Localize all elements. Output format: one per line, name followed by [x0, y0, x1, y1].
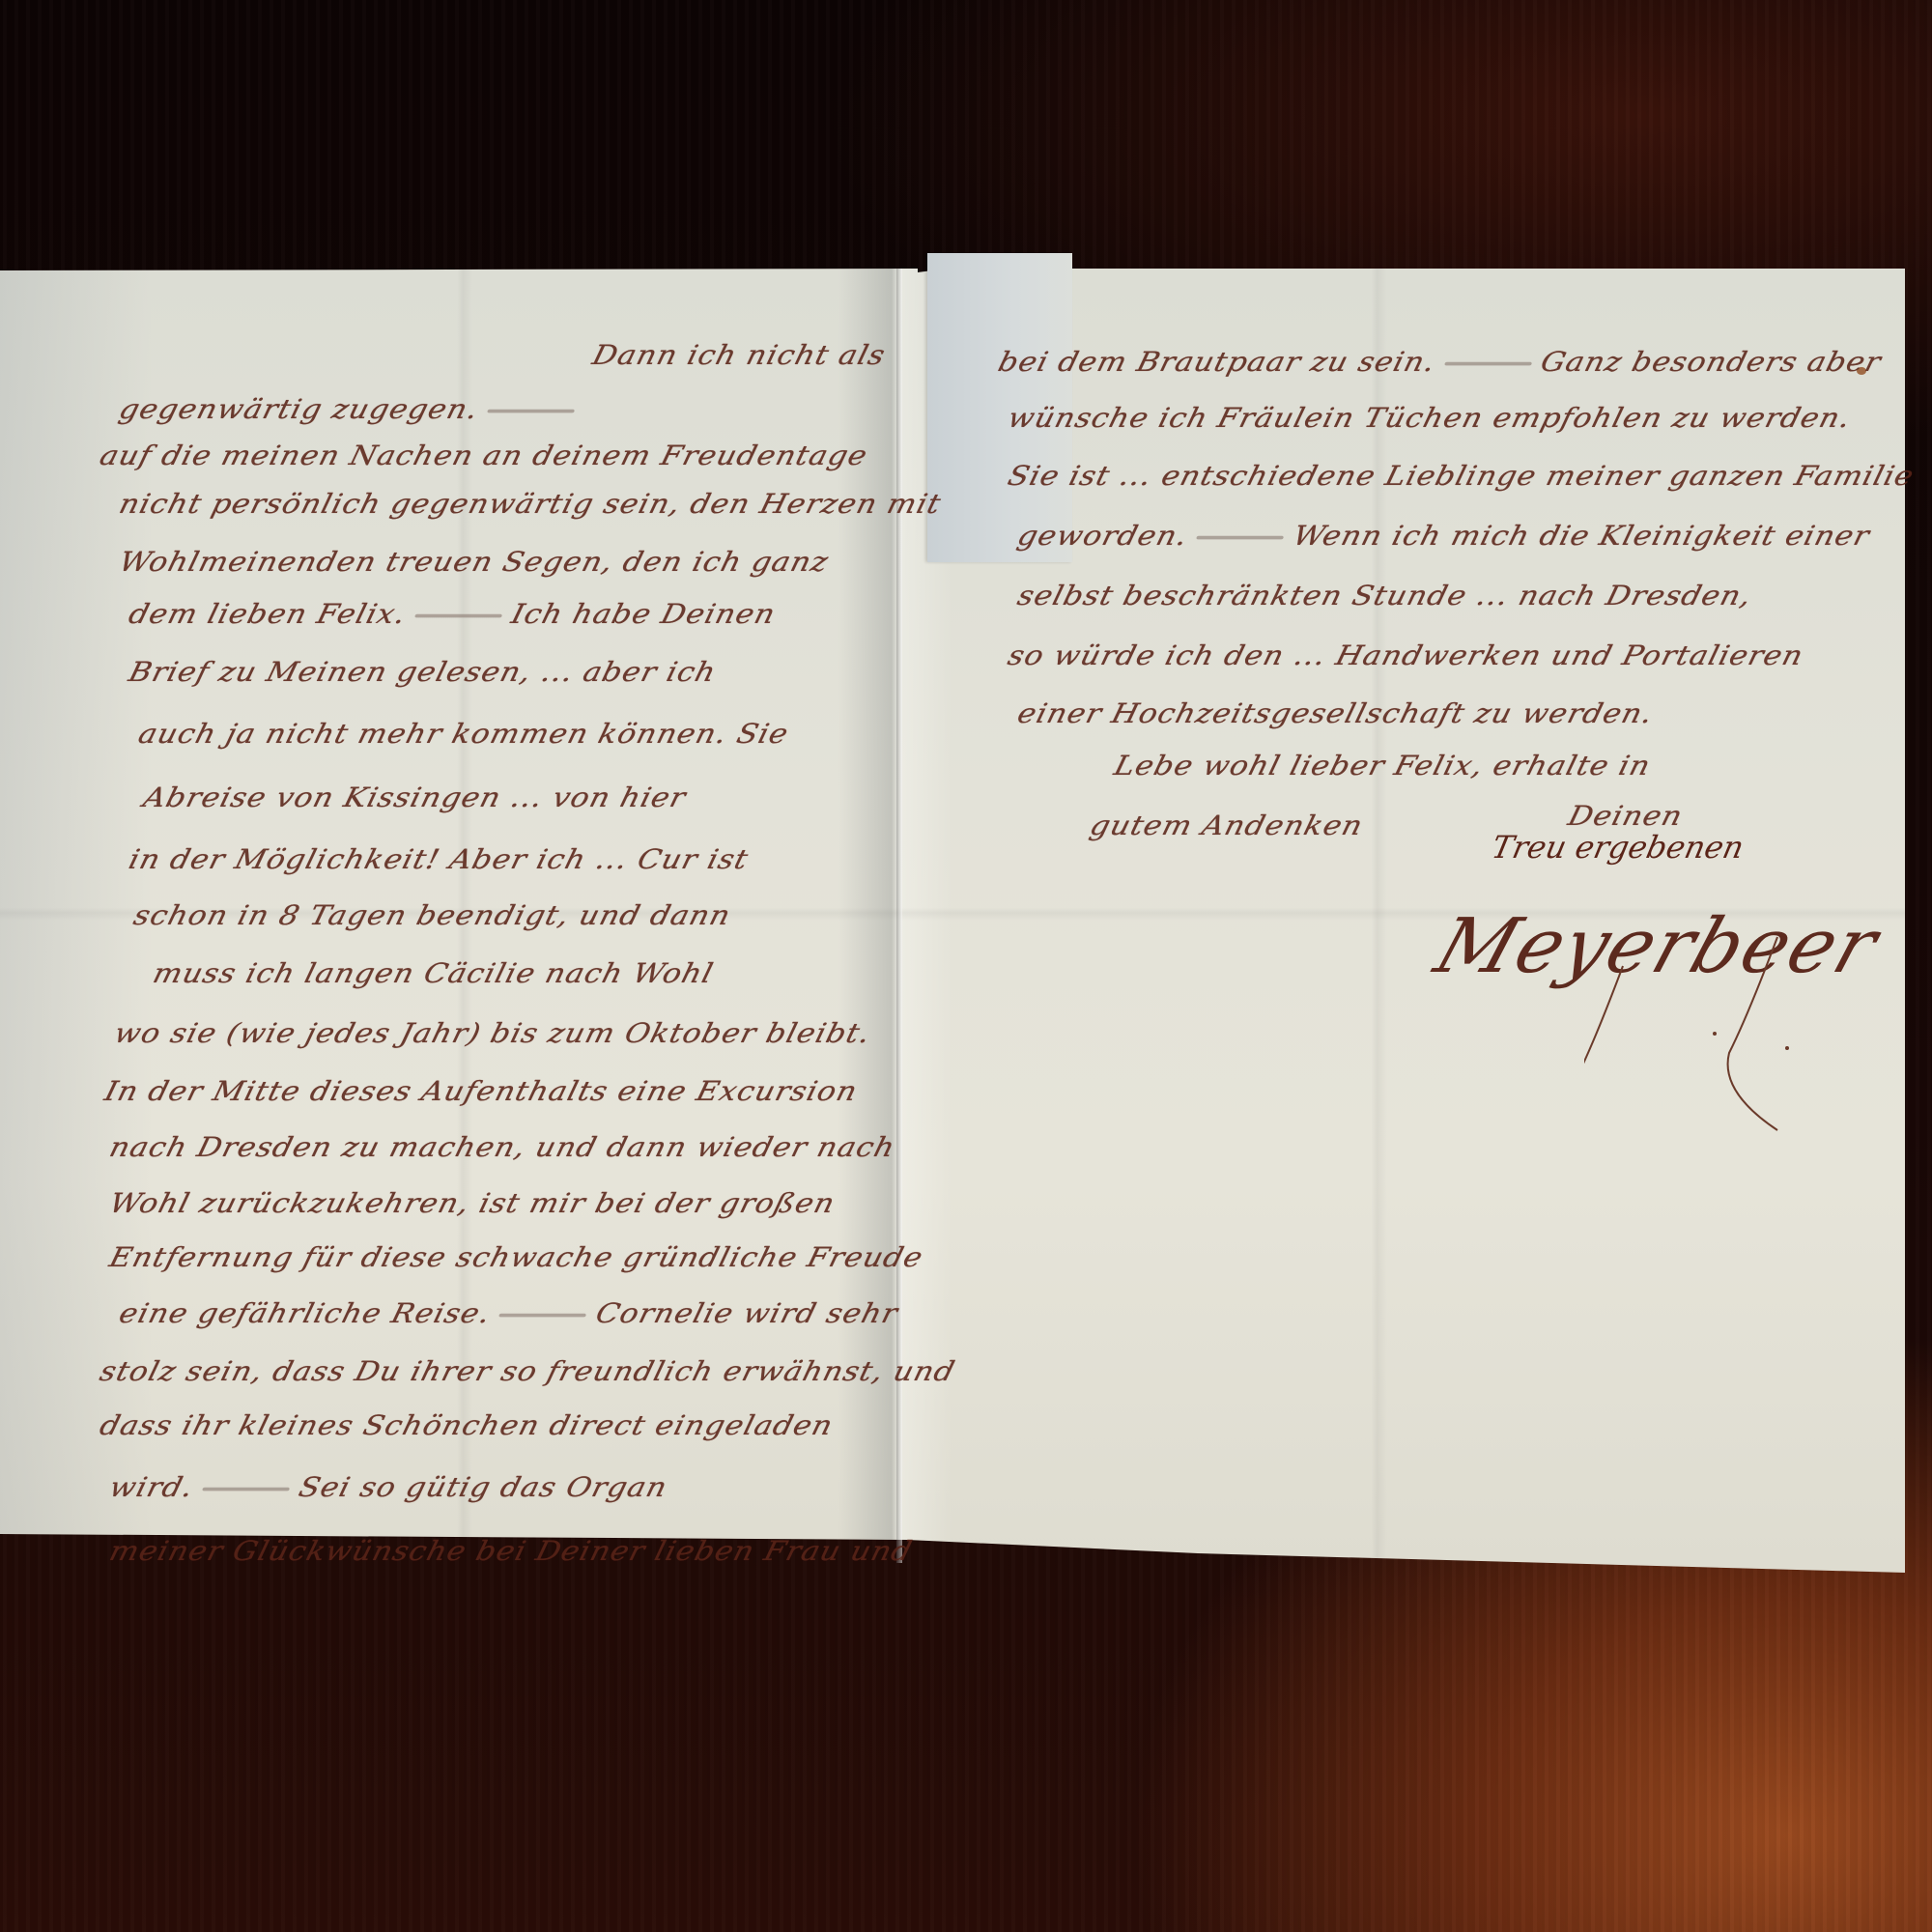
letter-line: meiner Glückwünsche bei Deiner lieben Fr… [106, 1536, 916, 1567]
letter-line: Sie ist ... entschiedene Lieblinge meine… [1005, 461, 1918, 492]
letter-line: Dann ich nicht als [589, 340, 889, 371]
letter-line: wo sie (wie jedes Jahr) bis zum Oktober … [111, 1018, 874, 1049]
letter-line: wünsche ich Fräulein Tüchen empfohlen zu… [1005, 403, 1855, 434]
letter-line: nach Dresden zu machen, und dann wieder … [106, 1132, 898, 1163]
letter-line: einer Hochzeitsgesellschaft zu werden. [1014, 698, 1657, 729]
letter-line: Abreise von Kissingen ... von hier [140, 782, 690, 813]
letter-line: dass ihr kleines Schönchen direct eingel… [97, 1410, 837, 1441]
letter-line: dem lieben Felix.Ich habe Deinen [126, 599, 779, 630]
dash-stroke [499, 1313, 587, 1317]
letter-line: gutem Andenken [1087, 810, 1367, 841]
dash-stroke [202, 1487, 290, 1491]
letter-line: Entfernung für diese schwache gründliche… [106, 1242, 926, 1273]
letter-line: gegenwärtig zugegen. [116, 394, 588, 425]
letter-line: so würde ich den ... Handwerken und Port… [1005, 640, 1806, 671]
letter-line: Wohlmeinenden treuen Segen, den ich ganz [116, 547, 832, 578]
letter-line: muss ich langen Cäcilie nach Wohl [150, 958, 717, 989]
letter-line: geworden.Wenn ich mich die Kleinigkeit e… [1014, 521, 1873, 552]
letter-line: bei dem Brautpaar zu sein.Ganz besonders… [995, 347, 1885, 378]
letter-line: wird.Sei so gütig das Organ [106, 1472, 670, 1503]
letter-line: Deinen [1565, 801, 1686, 832]
letter-line: selbst beschränkten Stunde ... nach Dres… [1014, 581, 1755, 611]
letter-line: stolz sein, dass Du ihrer so freundlich … [97, 1356, 958, 1387]
letter-line: In der Mitte dieses Aufenthalts eine Exc… [101, 1076, 861, 1107]
closing-phrase: Treu ergebenen [1489, 829, 1747, 866]
letter-line: Wohl zurückzukehren, ist mir bei der gro… [106, 1188, 838, 1219]
dash-stroke [487, 409, 575, 412]
signature-flourish-icon [1584, 927, 1835, 1140]
letter-line: Brief zu Meinen gelesen, ... aber ich [126, 657, 720, 688]
letter-line: in der Möglichkeit! Aber ich ... Cur ist [126, 844, 752, 875]
letter-line: schon in 8 Tagen beendigt, und dann [130, 900, 734, 931]
letter-line: auch ja nicht mehr kommen können. Sie [135, 719, 792, 750]
letter-line: auf die meinen Nachen an deinem Freudent… [97, 440, 871, 471]
dash-stroke [414, 613, 502, 617]
letter-line: Lebe wohl lieber Felix, erhalte in [1111, 751, 1654, 781]
dash-stroke [1196, 535, 1284, 539]
letter-line: nicht persönlich gegenwärtig sein, den H… [116, 489, 945, 520]
dash-stroke [1444, 361, 1532, 365]
letter-line: eine gefährliche Reise.Cornelie wird seh… [116, 1298, 901, 1329]
